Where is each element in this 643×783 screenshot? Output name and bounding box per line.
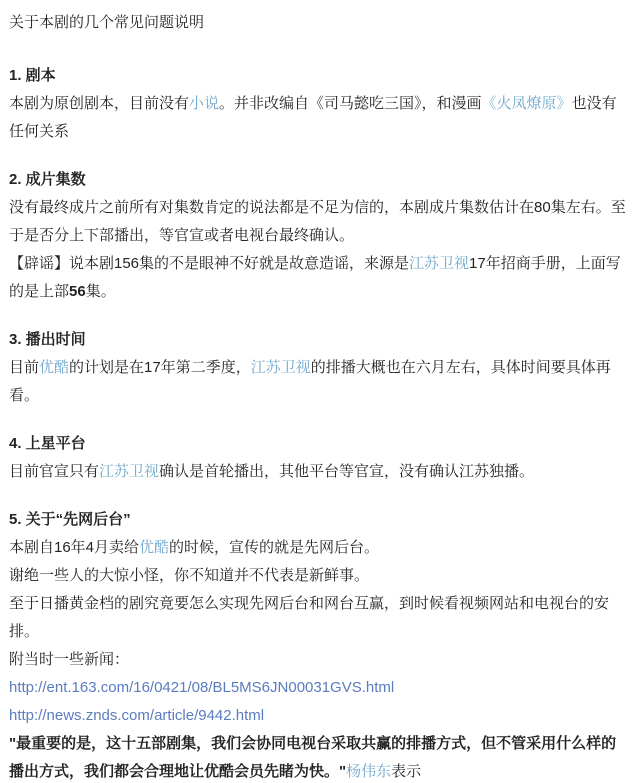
inline-link[interactable]: 优酷 xyxy=(39,359,69,376)
faq-section: 1. 剧本本剧为原创剧本，目前没有小说。并非改编自《司马懿吃三国》，和漫画《火凤… xyxy=(9,62,631,146)
paragraph: http://news.znds.com/article/9442.html xyxy=(9,702,631,730)
paragraph: 附当时一些新闻： xyxy=(9,646,631,674)
section-heading: 1. 剧本 xyxy=(9,62,631,90)
url-link[interactable]: http://news.znds.com/article/9442.html xyxy=(9,707,264,724)
faq-section: 3. 播出时间目前优酷的计划是在17年第二季度，江苏卫视的排播大概也在六月左右，… xyxy=(9,326,631,410)
text-run: 至于日播黄金档的剧究竟要怎么实现先网后台和网台互赢，到时候看视频网站和电视台的安… xyxy=(9,595,609,640)
text-run: 。并非改编自《司马懿吃三国》，和漫画 xyxy=(219,95,482,112)
text-run: 本剧自16年4月卖给 xyxy=(9,539,139,556)
text-run: 目前官宣只有 xyxy=(9,463,99,480)
paragraph: 本剧为原创剧本，目前没有小说。并非改编自《司马懿吃三国》，和漫画《火凤燎原》也没… xyxy=(9,90,631,146)
faq-section: 5. 关于“先网后台”本剧自16年4月卖给优酷的时候，宣传的就是先网后台。谢绝一… xyxy=(9,506,631,783)
text-run: 没有最终成片之前所有对集数肯定的说法都是不足为信的，本剧成片集数估计在80集左右… xyxy=(9,199,626,244)
inline-link[interactable]: 江苏卫视 xyxy=(251,359,311,376)
text-run: 表示 xyxy=(391,763,421,780)
paragraph: 目前官宣只有江苏卫视确认是首轮播出，其他平台等官宣，没有确认江苏独播。 xyxy=(9,458,631,486)
section-heading: 5. 关于“先网后台” xyxy=(9,506,631,534)
paragraph: 目前优酷的计划是在17年第二季度，江苏卫视的排播大概也在六月左右，具体时间要具体… xyxy=(9,354,631,410)
inline-link[interactable]: 优酷 xyxy=(139,539,169,556)
paragraph: http://ent.163.com/16/0421/08/BL5MS6JN00… xyxy=(9,674,631,702)
text-run: 目前 xyxy=(9,359,39,376)
bold-text: 56 xyxy=(69,283,86,300)
section-heading: 4. 上星平台 xyxy=(9,430,631,458)
inline-link[interactable]: 杨伟东 xyxy=(346,763,391,780)
text-run: 【辟谣】说本剧156集的不是眼神不好就是故意造谣，来源是 xyxy=(9,255,409,272)
section-heading: 3. 播出时间 xyxy=(9,326,631,354)
inline-link[interactable]: 小说 xyxy=(189,95,219,112)
faq-section: 2. 成片集数没有最终成片之前所有对集数肯定的说法都是不足为信的，本剧成片集数估… xyxy=(9,166,631,306)
text-run: 的计划是在17年第二季度， xyxy=(69,359,251,376)
paragraph: 本剧自16年4月卖给优酷的时候，宣传的就是先网后台。 xyxy=(9,534,631,562)
faq-sections: 1. 剧本本剧为原创剧本，目前没有小说。并非改编自《司马懿吃三国》，和漫画《火凤… xyxy=(9,62,631,783)
paragraph: 谢绝一些人的大惊小怪，你不知道并不代表是新鲜事。 xyxy=(9,562,631,590)
inline-link[interactable]: 《火凤燎原》 xyxy=(482,95,572,112)
text-run: 的时候，宣传的就是先网后台。 xyxy=(169,539,379,556)
faq-section: 4. 上星平台目前官宣只有江苏卫视确认是首轮播出，其他平台等官宣，没有确认江苏独… xyxy=(9,430,631,486)
post-content: 关于本剧的几个常见问题说明 1. 剧本本剧为原创剧本，目前没有小说。并非改编自《… xyxy=(0,0,643,783)
paragraph: 至于日播黄金档的剧究竟要怎么实现先网后台和网台互赢，到时候看视频网站和电视台的安… xyxy=(9,590,631,646)
text-run: 附当时一些新闻： xyxy=(9,651,129,668)
text-run: 集。 xyxy=(86,283,116,300)
bold-text: "最重要的是，这十五部剧集，我们会协同电视台采取共赢的排播方式，但不管采用什么样… xyxy=(9,735,616,780)
paragraph: "最重要的是，这十五部剧集，我们会协同电视台采取共赢的排播方式，但不管采用什么样… xyxy=(9,730,631,783)
post-title: 关于本剧的几个常见问题说明 xyxy=(9,9,631,37)
url-link[interactable]: http://ent.163.com/16/0421/08/BL5MS6JN00… xyxy=(9,679,394,696)
text-run: 确认是首轮播出，其他平台等官宣，没有确认江苏独播。 xyxy=(159,463,534,480)
text-run: 谢绝一些人的大惊小怪，你不知道并不代表是新鲜事。 xyxy=(9,567,369,584)
inline-link[interactable]: 江苏卫视 xyxy=(99,463,159,480)
paragraph: 【辟谣】说本剧156集的不是眼神不好就是故意造谣，来源是江苏卫视17年招商手册，… xyxy=(9,250,631,306)
section-heading: 2. 成片集数 xyxy=(9,166,631,194)
paragraph: 没有最终成片之前所有对集数肯定的说法都是不足为信的，本剧成片集数估计在80集左右… xyxy=(9,194,631,250)
inline-link[interactable]: 江苏卫视 xyxy=(409,255,469,272)
text-run: 本剧为原创剧本，目前没有 xyxy=(9,95,189,112)
